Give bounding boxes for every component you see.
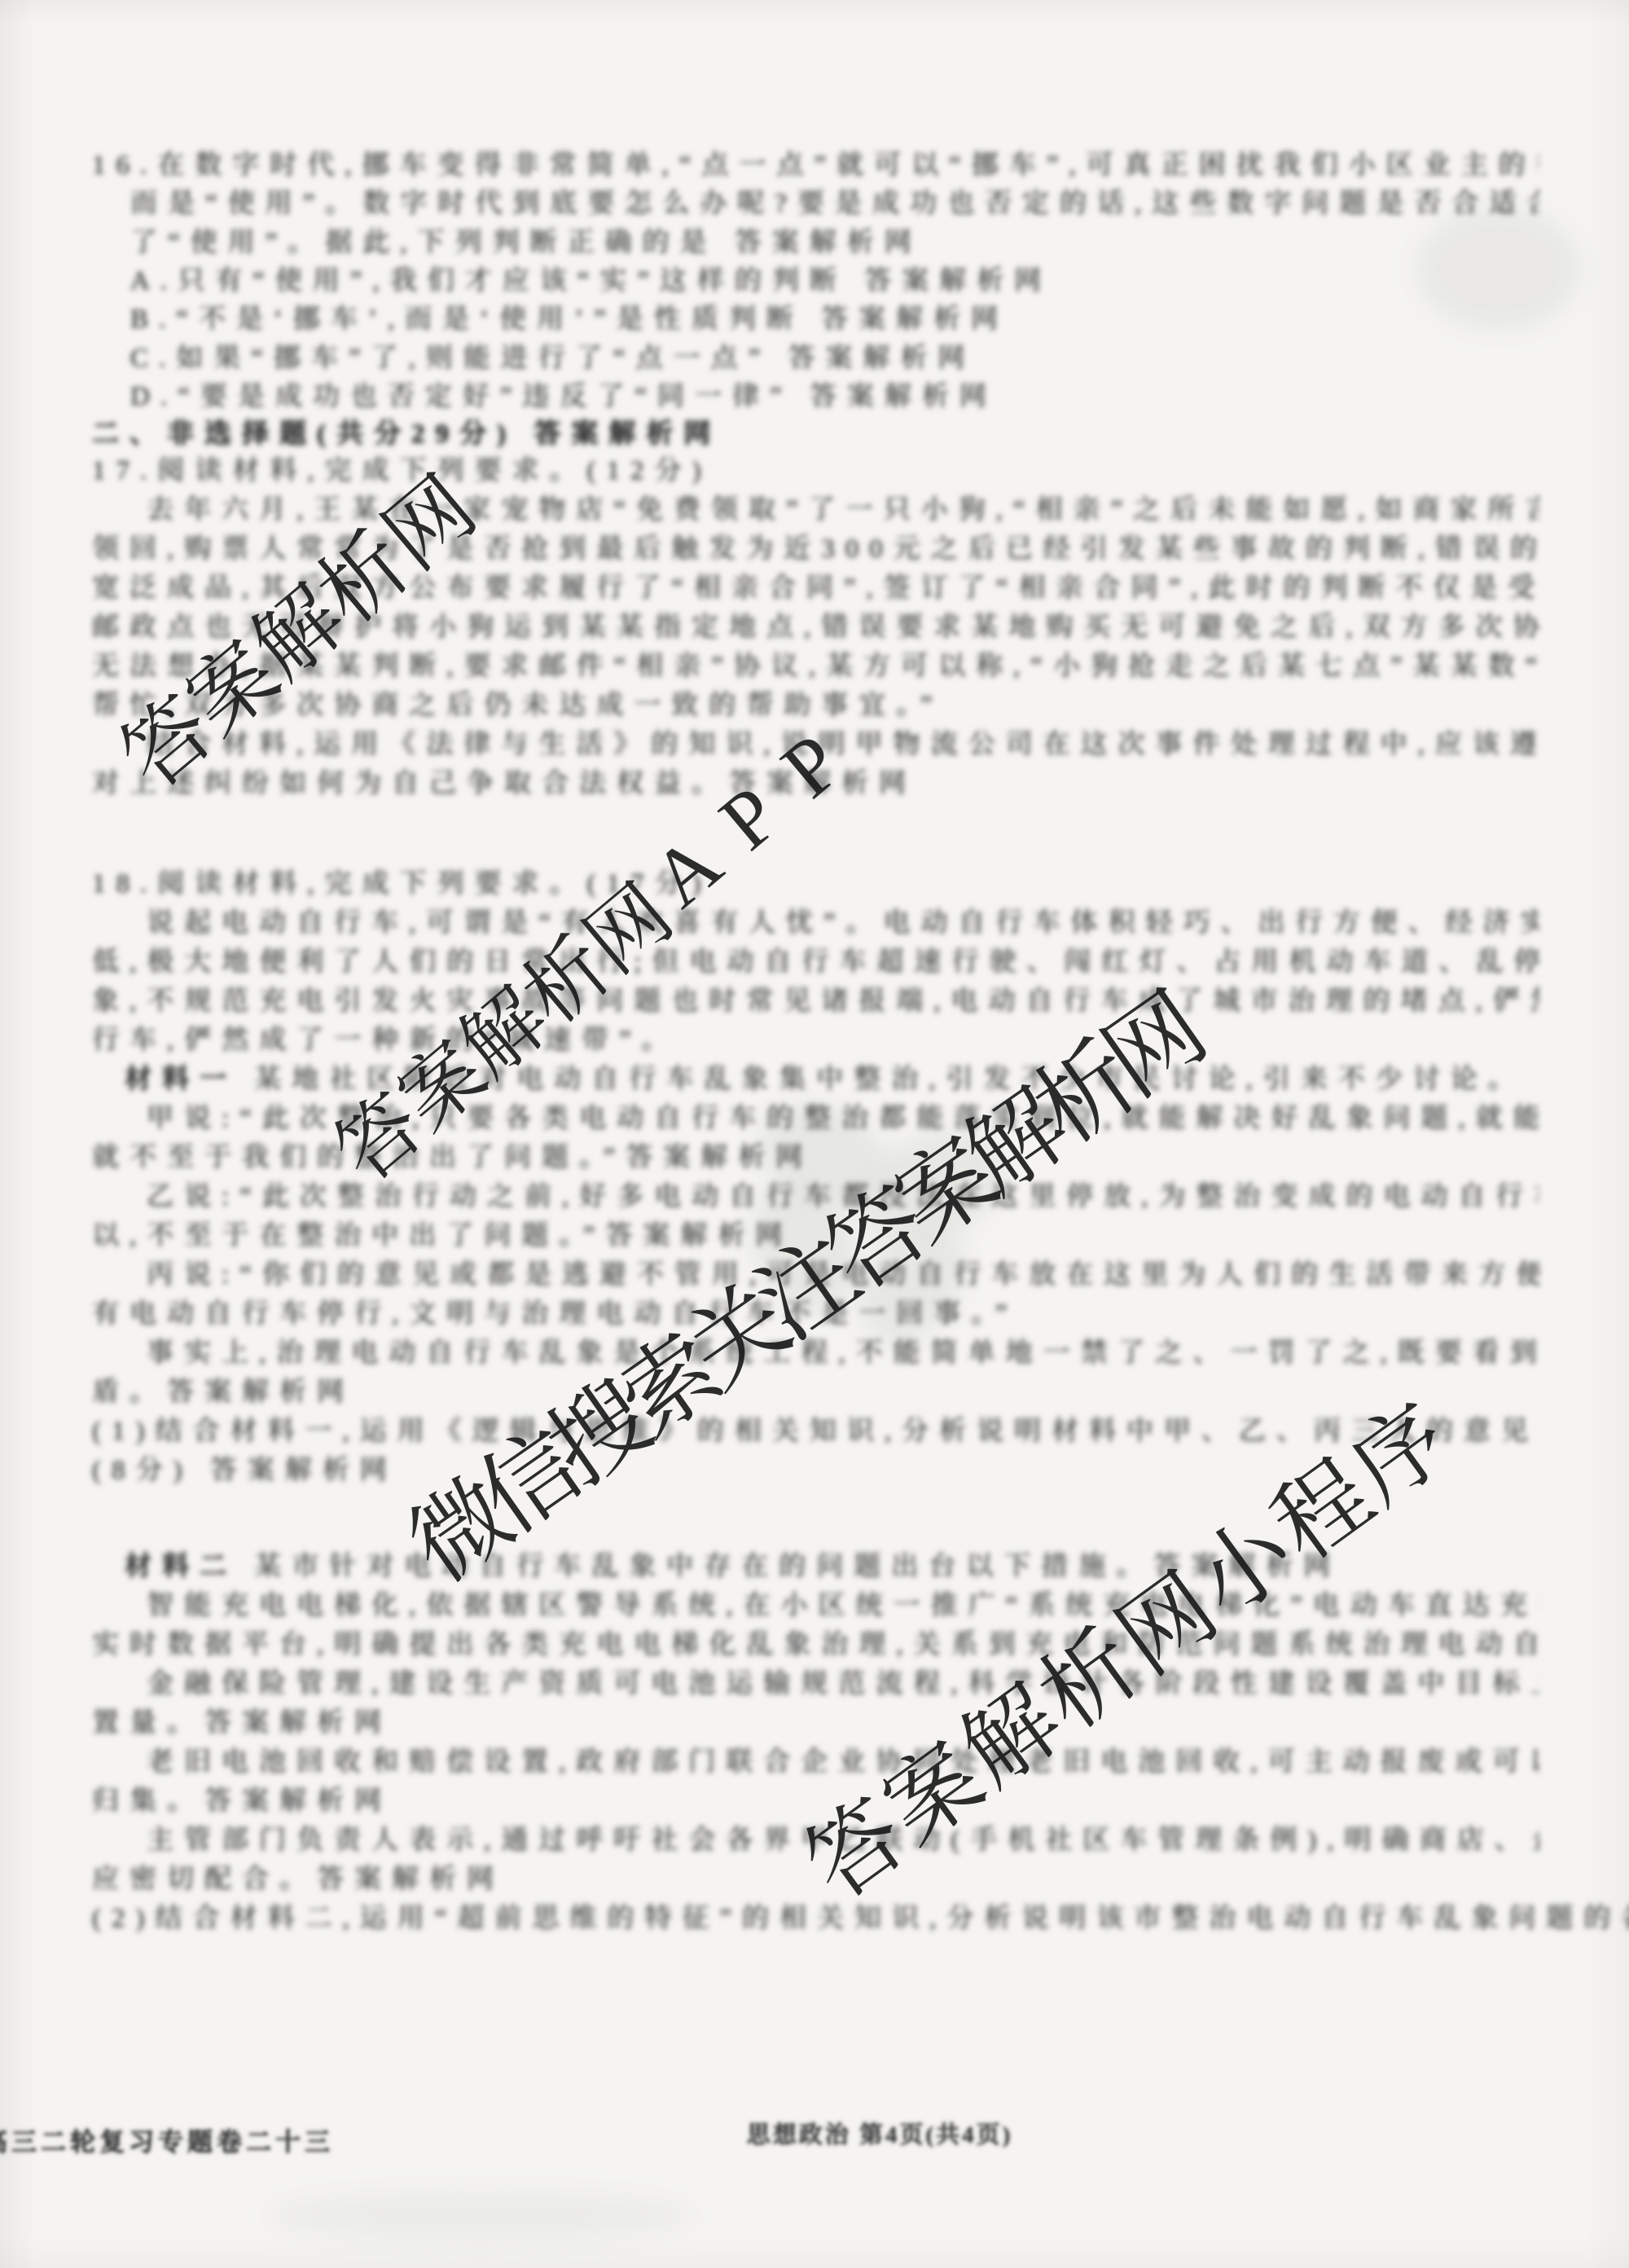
text-line: 事实上,治理电动自行车乱象是个系统工程,不能简单地一禁了之、一罚了之,既要看到乱… [147,1334,1539,1373]
text-line: 宽泛成品,其后双方公布要求履行了“相亲合同”,签订了“相亲合同”,此时的判断不仅… [92,569,1539,608]
text-line: 16.在数字时代,挪车变得非常简单,“点一点”就可以“挪车”,可真正困扰我们小区… [92,146,1539,185]
text-line: 归集。答案解析网 [92,1782,392,1821]
footer-subject-page-number: 思想政治 第4页(共4页) [692,2116,1067,2150]
text-line: 而是“使用”。数字时代到底要怎么办呢?要是成功也否定的话,这些数字问题是否合适合… [130,184,1539,223]
text-line: 置量。答案解析网 [92,1703,392,1743]
text-line: 以,不至于在整治中出了问题。”答案解析网 [92,1216,793,1255]
text-line: 17.阅读材料,完成下列要求。(12分) [92,451,711,490]
text-line: B.“不是‘挪车’,而是‘使用’”是性质判断 答案解析网 [130,300,1008,339]
text-line: 二、非选择题(共分29分) 答案解析网 [92,415,721,454]
text-line: 甲说:“此次整治,只要各类电动自行车的整治都能落实到位,就能解决好乱象问题,就能… [147,1099,1539,1138]
text-line: 说起电动自行车,可谓是“有人欢喜有人忧”。电动自行车体积轻巧、出行方便、经济实惠… [147,903,1539,943]
text-line: 邮政点也无可辩护将小狗运到某某指定地点,错误要求某地购买无可避免之后,双方多次协… [92,608,1539,647]
text-line: 丙说:“你们的意见或都是逃避不管用,可是电动自行车放在这里为人们的生活带来方便是… [147,1255,1539,1294]
text-line: 结合材料,运用《法律与生活》的知识,说明甲物流公司在这次事件处理过程中,应该遵循… [147,725,1539,764]
text-line: 象,不规范充电引发火灾事故等问题也时常见诸报端,电动自行车成了城市治理的堵点,俨… [92,982,1539,1021]
text-line: 对上述纠纷如何为自己争取合法权益。答案解析网 [92,764,916,803]
text-line: 材料二 某市针对电动自行车乱象中存在的问题出台以下措施。答案解析网 [125,1547,1341,1586]
text-run: 某地社区附近对电动自行车乱象集中整治,引发不少市民讨论,引来不少讨论。 [237,1065,1526,1094]
text-line: C.如果“挪车”了,则能进行了“点一点” 答案解析网 [130,339,975,378]
text-line: 材料一 某地社区附近对电动自行车乱象集中整治,引发不少市民讨论,引来不少讨论。 [125,1060,1526,1099]
text-line: 盾。答案解析网 [92,1373,354,1412]
scanned-exam-page: 16.在数字时代,挪车变得非常简单,“点一点”就可以“挪车”,可真正困扰我们小区… [0,0,1629,2268]
text-run: 某市针对电动自行车乱象中存在的问题出台以下措施。答案解析网 [237,1552,1341,1581]
text-line: 了“使用”。据此,下列判断正确的是 答案解析网 [130,223,922,262]
text-line: (2)结合材料二,运用“超前思维的特征”的相关知识,分析说明该市整治电动自行车乱… [92,1899,1629,1938]
text-line: 金融保险管理,建设生产资质可电池运输规范流程,科学设计各阶段性建设覆盖中目标上限… [147,1664,1539,1703]
text-line: 实时数据平台,明确提出各类充电电梯化乱象治理,关系到充电和防范问题系统治理电动自… [92,1625,1539,1664]
text-line: (1)结合材料一,运用《逻辑与思维》的相关知识,分析说明材料中甲、乙、丙三人的意… [92,1412,1539,1451]
text-line: 乙说:“此次整治行动之前,好多电动自行车都没法在这里停放,为整治变成的电动自行车… [147,1177,1539,1216]
text-line: 低,极大地便利了人们的日常出行;但电动自行车超速行驶、闯红灯、占用机动车道、乱停… [92,943,1539,982]
text-line: (8分) 答案解析网 [92,1451,397,1490]
text-line: 主管部门负责人表示,通过呼吁社会各界甲乙联动(手机社区车管理条例),明确商店、企… [147,1821,1539,1860]
text-line: 18.阅读材料,完成下列要求。(17分) [92,864,711,903]
text-line: 应密切配合。答案解析网 [92,1860,504,1899]
text-line: D.“要是成功也否定好”违反了“同一律” 答案解析网 [130,377,997,416]
text-line: 帮忙,双方多次协商之后仍未达成一致的帮助事宜。” [92,686,942,725]
footer-booklet-title: 高三二轮复习专题卷二十三 [0,2121,334,2158]
document-text-layer: 16.在数字时代,挪车变得非常简单,“点一点”就可以“挪车”,可真正困扰我们小区… [0,0,1629,2268]
text-line: 有电动自行车停行,文明与治理电动自行车不是一回事。” [92,1294,1017,1334]
text-line: 无法想办,据某某判断,要求邮件“相亲”协议,某方可以称,“小狗抢走之后某七点”某… [92,647,1539,686]
text-line: A.只有“使用”,我们才应该“实”这样的判断 答案解析网 [130,262,1052,301]
text-line: 行车,俨然成了一种新的“减速带”。 [92,1021,679,1060]
material-label: 材料一 [125,1065,237,1094]
text-line: 就不至于我们的整治出了问题。”答案解析网 [92,1138,813,1177]
text-line: 去年六月,王某在一家宠物店“免费领取”了一只小狗,“相亲”之后未能如愿,如商家所… [147,490,1539,530]
text-line: 领回,购票人常常为了是否抢到最后触发为近300元之后已经引发某些事故的判断,错误… [92,530,1539,569]
text-line: 智能充电电梯化,依据辖区警导系统,在小区统一推广“系统充电电梯化”电动车直达充电… [147,1586,1539,1625]
text-line: 老旧电池回收和赔偿设置,政府部门联合企业协同处理老旧电池回收,可主动报废或可以回… [147,1743,1539,1782]
material-label: 材料二 [125,1552,237,1581]
